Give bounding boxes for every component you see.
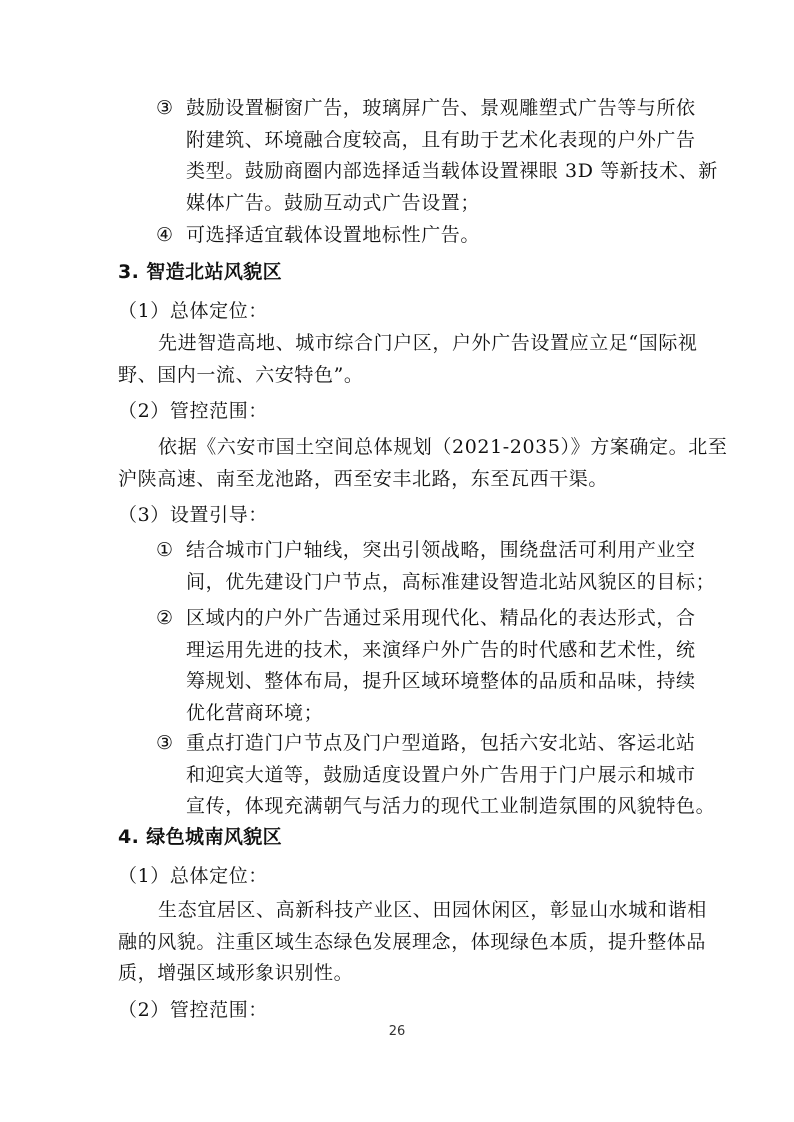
circled-number-3: ③	[156, 93, 180, 125]
section-heading-3: 3. 智造北站风貌区	[118, 257, 282, 287]
list-item-text: 结合城市门户轴线，突出引领战略，围绕盘活可利用产业空 间，优先建设门户节点，高标…	[186, 535, 715, 598]
section-heading-4: 4. 绿色城南风貌区	[118, 822, 282, 852]
list-item-text: 重点打造门户节点及门户型道路，包括六安北站、客运北站 和迎宾大道等，鼓励适度设置…	[186, 728, 715, 823]
circled-number-4: ④	[156, 220, 180, 252]
list-item-text: 鼓励设置橱窗广告，玻璃屏广告、景观雕塑式广告等与所依 附建筑、环境融合度较高，且…	[186, 93, 718, 219]
subsection-label-positioning: （1）总体定位：	[118, 296, 268, 326]
circled-number-2: ②	[156, 603, 180, 635]
page-number: 26	[0, 1024, 794, 1039]
subsection-label-scope: （2）管控范围：	[118, 396, 268, 426]
subsection-label-guidance: （3）设置引导：	[118, 500, 268, 530]
positioning-paragraph: 先进智造高地、城市综合门户区，户外广告设置应立足“国际视 野、国内一流、六安特色…	[118, 328, 700, 391]
positioning-paragraph: 生态宜居区、高新科技产业区、田园休闲区，彰显山水城和谐相 融的风貌。注重区域生态…	[118, 895, 700, 990]
list-item-text: 可选择适宜载体设置地标性广告。	[186, 220, 480, 252]
subsection-label-positioning: （1）总体定位：	[118, 861, 268, 891]
circled-number-3: ③	[156, 728, 180, 760]
list-item-text: 区域内的户外广告通过采用现代化、精品化的表达形式，合 理运用先进的技术，来演绎户…	[186, 603, 696, 729]
subsection-label-scope: （2）管控范围：	[118, 995, 268, 1025]
scope-paragraph: 依据《六安市国土空间总体规划（2021-2035）》方案确定。北至 沪陕高速、南…	[118, 432, 700, 495]
document-page: ③ 鼓励设置橱窗广告，玻璃屏广告、景观雕塑式广告等与所依 附建筑、环境融合度较高…	[0, 0, 794, 1122]
circled-number-1: ①	[156, 535, 180, 567]
